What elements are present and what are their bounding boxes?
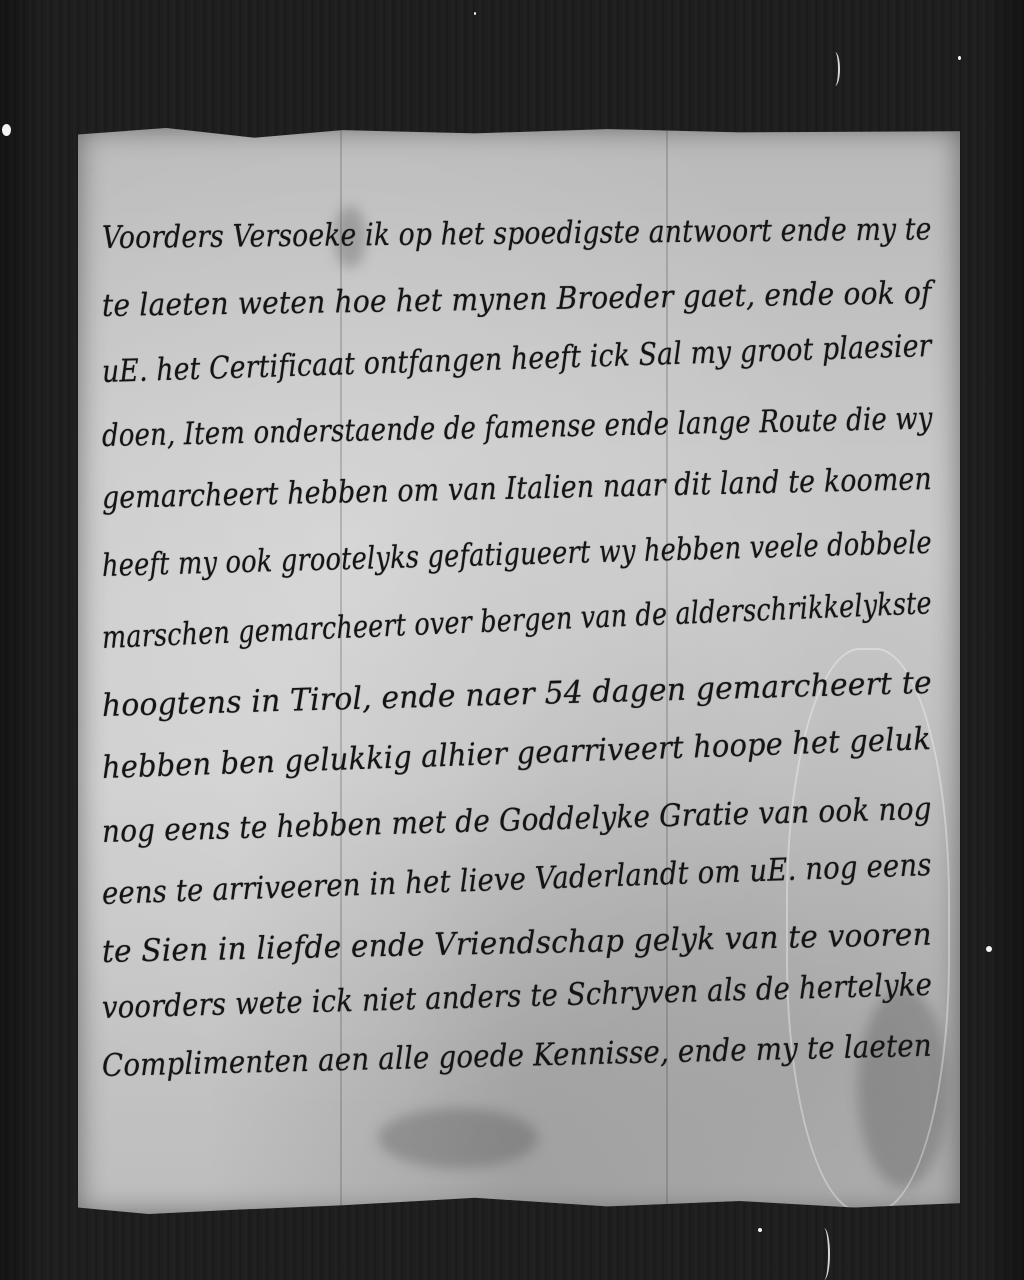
dust-speck <box>758 1228 762 1232</box>
letter-page: Voorders Versoeke ik op het spoedigste a… <box>78 128 960 1214</box>
letter-line-4: doen, Item onderstaende de famense ende … <box>102 401 933 454</box>
film-scratch <box>818 1228 830 1280</box>
letter-line-7: marschen gemarcheert over bergen van de … <box>101 585 932 656</box>
stain <box>378 1108 538 1168</box>
letter-line-8: hoogtens in Tirol, ende naer 54 dagen ge… <box>101 665 932 724</box>
dust-speck <box>2 124 11 136</box>
letter-line-1: Voorders Versoeke ik op het spoedigste a… <box>102 211 932 256</box>
letter-line-5: gemarcheert hebben om van Italien naar d… <box>102 461 933 516</box>
dust-speck <box>474 12 476 15</box>
dust-speck <box>958 56 961 60</box>
letter-line-3: uE. het Certificaat ontfangen heeft ick … <box>101 328 932 390</box>
film-scratch <box>830 52 840 86</box>
microfilm-scan: Voorders Versoeke ik op het spoedigste a… <box>0 0 1024 1280</box>
dust-speck <box>986 946 992 952</box>
letter-line-6: heeft my ook grootelyks gefatigueert wy … <box>101 525 932 584</box>
letter-line-2: te laeten weten hoe het mynen Broeder ga… <box>102 275 932 324</box>
